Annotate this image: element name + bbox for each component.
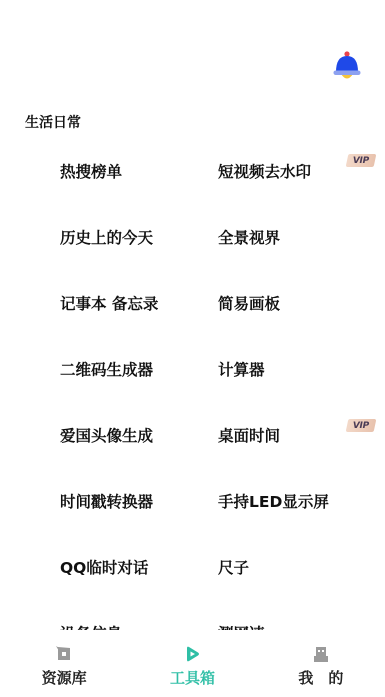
- tool-item[interactable]: 爱国头像生成: [60, 402, 210, 468]
- nav-resource-library[interactable]: 资源库: [0, 632, 128, 697]
- play-icon: [184, 646, 200, 662]
- bell-icon[interactable]: [332, 50, 362, 82]
- tool-item[interactable]: 短视频去水印: [218, 138, 378, 204]
- tool-label: 全景视界: [218, 226, 280, 248]
- nav-label: 我 的: [298, 667, 343, 688]
- resource-icon: [56, 646, 72, 662]
- tool-item[interactable]: 设备信息: [60, 600, 210, 630]
- tool-item[interactable]: 尺子: [218, 534, 378, 600]
- vip-badge: VIP: [346, 154, 377, 167]
- tool-item[interactable]: 时间戳转换器: [60, 468, 210, 534]
- tool-item[interactable]: 桌面时间: [218, 402, 378, 468]
- tool-label: QQ临时对话: [60, 556, 148, 578]
- tool-label: 简易画板: [218, 292, 280, 314]
- tool-label: 尺子: [218, 556, 249, 578]
- tool-label: 时间戳转换器: [60, 490, 153, 512]
- tool-item[interactable]: 全景视界: [218, 204, 378, 270]
- nav-label: 资源库: [42, 667, 87, 688]
- tool-item[interactable]: 计算器: [218, 336, 378, 402]
- tool-label: 设备信息: [60, 622, 122, 630]
- tool-item[interactable]: 热搜榜单: [60, 138, 210, 204]
- tools-grid: 热搜榜单 短视频去水印 VIP 历史上的今天 全景视界 记事本 备忘录 简易画板…: [0, 138, 385, 630]
- tool-item[interactable]: 测网速: [218, 600, 378, 630]
- tool-label: 记事本 备忘录: [60, 292, 158, 314]
- vip-badge: VIP: [346, 419, 377, 432]
- nav-toolbox[interactable]: 工具箱: [128, 632, 256, 697]
- tool-label: 测网速: [218, 622, 265, 630]
- tool-label: 历史上的今天: [60, 226, 153, 248]
- bottom-nav: 资源库 工具箱 我 的: [0, 632, 385, 697]
- tool-item[interactable]: 二维码生成器: [60, 336, 210, 402]
- nav-profile[interactable]: 我 的: [257, 632, 385, 697]
- tool-item[interactable]: 记事本 备忘录: [60, 270, 210, 336]
- tool-item[interactable]: 手持LED显示屏: [218, 468, 378, 534]
- tool-label: 二维码生成器: [60, 358, 153, 380]
- tool-label: 热搜榜单: [60, 160, 122, 182]
- nav-label: 工具箱: [170, 667, 215, 688]
- tool-label: 爱国头像生成: [60, 424, 153, 446]
- section-title: 生活日常: [25, 112, 81, 132]
- profile-icon: [313, 646, 329, 662]
- tool-item[interactable]: QQ临时对话: [60, 534, 210, 600]
- tool-label: 计算器: [218, 358, 265, 380]
- tool-item[interactable]: 简易画板: [218, 270, 378, 336]
- tool-label: 手持LED显示屏: [218, 490, 329, 512]
- tool-label: 短视频去水印: [218, 160, 311, 182]
- tool-item[interactable]: 历史上的今天: [60, 204, 210, 270]
- tool-label: 桌面时间: [218, 424, 280, 446]
